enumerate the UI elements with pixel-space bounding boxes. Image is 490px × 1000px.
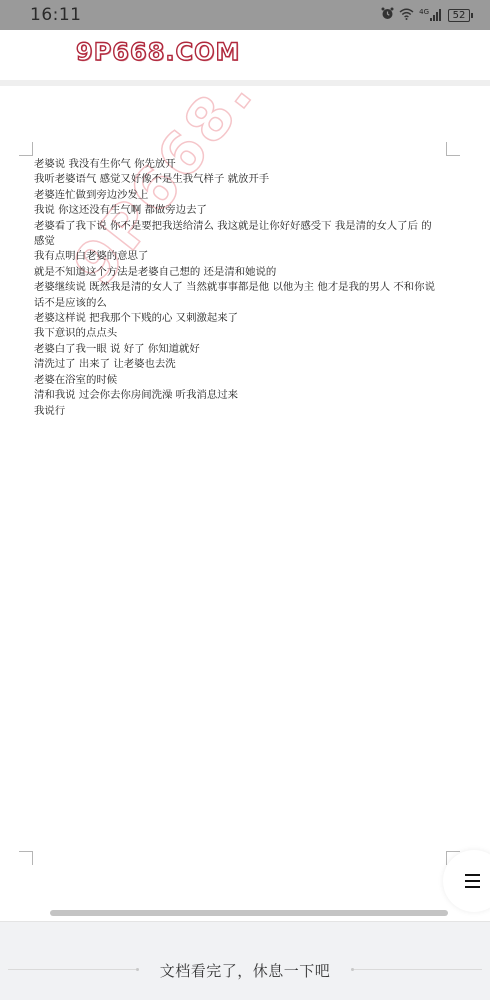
- menu-icon: [465, 874, 480, 888]
- status-icons: 4G 52: [381, 7, 470, 23]
- app-header: 9P668.COM: [0, 30, 490, 80]
- horizontal-scrollbar[interactable]: [50, 910, 448, 916]
- page-corner-mark-bottom-left: [19, 851, 33, 865]
- text-line: 老婆说 我没有生你气 你先放开: [34, 157, 454, 172]
- end-of-document-footer: 文档看完了，休息一下吧: [0, 921, 490, 1000]
- text-line: 我说 你这还没有生气啊 都做旁边去了: [34, 203, 454, 218]
- text-line: 我说行: [34, 404, 454, 419]
- text-line: 老婆在浴室的时候: [34, 373, 454, 388]
- text-line: 我听老婆语气 感觉又好像不是生我气样子 就放开手: [34, 172, 454, 187]
- text-line: 清和我说 过会你去你房间洗澡 听我消息过来: [34, 388, 454, 403]
- text-line: 清洗过了 出来了 让老婆也去洗: [34, 357, 454, 372]
- 4g-signal-icon: 4G: [419, 9, 441, 21]
- text-line: 就是不知道这个方法是老婆自己想的 还是清和她说的: [34, 265, 454, 280]
- page-corner-mark-top-left: [19, 142, 33, 156]
- page-corner-mark-top-right: [446, 142, 460, 156]
- text-line: 老婆继续说 既然我是清的女人了 当然就事事都是他 以他为主 他才是我的男人 不和…: [34, 280, 454, 295]
- site-logo[interactable]: 9P668.COM: [76, 38, 240, 66]
- divider-line-right: [354, 969, 482, 970]
- text-line: 话不是应该的么: [34, 296, 454, 311]
- text-line: 老婆白了我一眼 说 好了 你知道就好: [34, 342, 454, 357]
- text-line: 我下意识的点点头: [34, 326, 454, 341]
- status-bar: 16:11 4G 52: [0, 0, 490, 30]
- end-message: 文档看完了，休息一下吧: [0, 960, 490, 981]
- battery-icon: 52: [448, 9, 470, 22]
- text-line: 老婆看了我下说 你不是要把我送给清么 我这就是让你好好感受下 我是清的女人了后 …: [34, 219, 454, 234]
- network-label: 4G: [419, 9, 429, 16]
- battery-level: 52: [453, 10, 466, 21]
- text-line: 感觉: [34, 234, 454, 249]
- text-line: 老婆这样说 把我那个下贱的心 又刺激起来了: [34, 311, 454, 326]
- document-viewer[interactable]: 9P668.COM 老婆说 我没有生你气 你先放开 我听老婆语气 感觉又好像不是…: [0, 86, 490, 912]
- text-line: 我有点明白老婆的意思了: [34, 249, 454, 264]
- alarm-icon: [381, 7, 394, 23]
- document-text: 老婆说 我没有生你气 你先放开 我听老婆语气 感觉又好像不是生我气样子 就放开手…: [34, 157, 454, 419]
- text-line: 老婆连忙做到旁边沙发上: [34, 188, 454, 203]
- wifi-icon: [399, 8, 414, 23]
- status-time: 16:11: [30, 5, 82, 25]
- signal-bars-icon: [430, 9, 441, 21]
